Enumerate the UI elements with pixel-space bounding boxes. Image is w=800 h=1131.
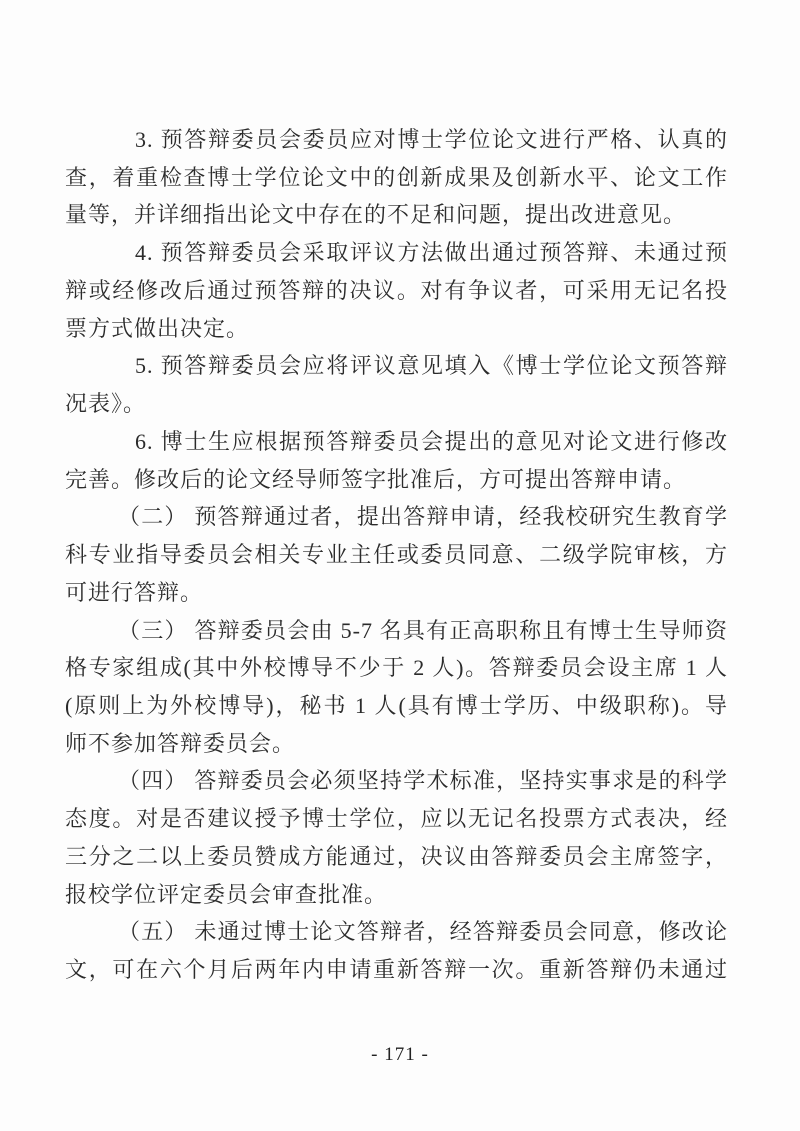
- text-line: 科专业指导委员会相关专业主任或委员同意、二级学院审核，方: [65, 536, 728, 574]
- text-line: 6. 博士生应根据预答辩委员会提出的意见对论文进行修改和: [65, 423, 728, 461]
- paragraph-item-5: 5. 预答辩委员会应将评议意见填入《博士学位论文预答辩情况表》。: [65, 347, 728, 422]
- text-line: 查，着重检查博士学位论文中的创新成果及创新水平、论文工作: [65, 159, 728, 197]
- document-page: 3. 预答辩委员会委员应对博士学位论文进行严格、认真的审查，着重检查博士学位论文…: [0, 0, 800, 1131]
- text-line: （二） 预答辩通过者，提出答辩申请，经我校研究生教育学: [65, 498, 728, 536]
- text-line: 量等，并详细指出论文中存在的不足和问题，提出改进意见。: [65, 196, 728, 234]
- text-line: （三） 答辩委员会由 5-7 名具有正高职称且有博士生导师资: [65, 612, 728, 650]
- text-line: 3. 预答辩委员会委员应对博士学位论文进行严格、认真的审: [65, 121, 728, 159]
- text-line: 文，可在六个月后两年内申请重新答辩一次。重新答辩仍未通过: [65, 951, 728, 989]
- text-line: (原则上为外校博导)，秘书 1 人(具有博士学历、中级职称)。导: [65, 687, 728, 725]
- text-line: （五） 未通过博士论文答辩者，经答辩委员会同意，修改论: [65, 913, 728, 951]
- text-line: 4. 预答辩委员会采取评议方法做出通过预答辩、未通过预答: [65, 234, 728, 272]
- paragraph-item-3: 3. 预答辩委员会委员应对博士学位论文进行严格、认真的审查，着重检查博士学位论文…: [65, 121, 728, 234]
- paragraph-item-4: 4. 预答辩委员会采取评议方法做出通过预答辩、未通过预答辩或经修改后通过预答辩的…: [65, 234, 728, 347]
- text-line: 况表》。: [65, 385, 728, 423]
- page-number: - 171 -: [0, 1044, 800, 1066]
- text-line: 格专家组成(其中外校博导不少于 2 人)。答辩委员会设主席 1 人: [65, 649, 728, 687]
- text-line: 票方式做出决定。: [65, 310, 728, 348]
- text-line: 态度。对是否建议授予博士学位，应以无记名投票方式表决，经: [65, 800, 728, 838]
- text-line: 辩或经修改后通过预答辩的决议。对有争议者，可采用无记名投: [65, 272, 728, 310]
- text-line: 报校学位评定委员会审查批准。: [65, 876, 728, 914]
- text-line: 可进行答辩。: [65, 574, 728, 612]
- paragraph-section-4: （四） 答辩委员会必须坚持学术标准，坚持实事求是的科学态度。对是否建议授予博士学…: [65, 762, 728, 913]
- paragraph-item-6: 6. 博士生应根据预答辩委员会提出的意见对论文进行修改和完善。修改后的论文经导师…: [65, 423, 728, 498]
- document-content: 3. 预答辩委员会委员应对博士学位论文进行严格、认真的审查，着重检查博士学位论文…: [65, 121, 728, 989]
- text-line: 三分之二以上委员赞成方能通过，决议由答辩委员会主席签字，: [65, 838, 728, 876]
- text-line: （四） 答辩委员会必须坚持学术标准，坚持实事求是的科学: [65, 762, 728, 800]
- text-line: 5. 预答辩委员会应将评议意见填入《博士学位论文预答辩情: [65, 347, 728, 385]
- text-line: 完善。修改后的论文经导师签字批准后，方可提出答辩申请。: [65, 461, 728, 499]
- paragraph-section-3: （三） 答辩委员会由 5-7 名具有正高职称且有博士生导师资格专家组成(其中外校…: [65, 612, 728, 763]
- paragraph-section-2: （二） 预答辩通过者，提出答辩申请，经我校研究生教育学科专业指导委员会相关专业主…: [65, 498, 728, 611]
- text-line: 师不参加答辩委员会。: [65, 725, 728, 763]
- paragraph-section-5: （五） 未通过博士论文答辩者，经答辩委员会同意，修改论文，可在六个月后两年内申请…: [65, 913, 728, 988]
